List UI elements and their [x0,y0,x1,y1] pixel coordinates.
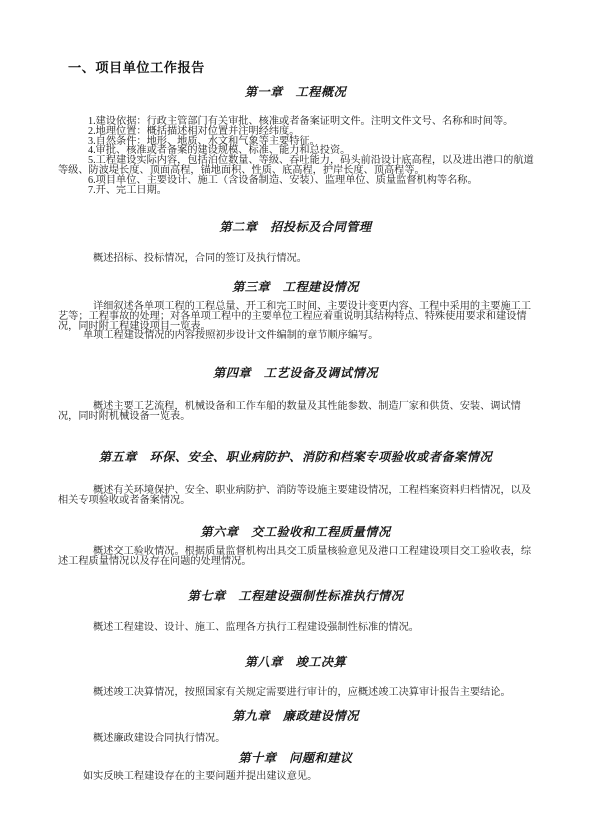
chapter-5-title: 第五章 环保、安全、职业病防护、消防和档案专项验收或者备案情况 [0,451,591,464]
chapter-2-paragraph: 概述招标、投标情况，合同的签订及执行情况。 [58,254,536,264]
chapter-1-title: 第一章 工程概况 [0,86,591,99]
chapter-10-title: 第十章 问题和建议 [0,752,591,765]
chapter-9-title: 第九章 廉政建设情况 [0,710,591,723]
chapter-7-title: 第七章 工程建设强制性标准执行情况 [0,590,591,603]
chapter-6-paragraph: 概述交工验收情况。根据质量监督机构出具交工质量核验意见及港口工程建设项目交工验收… [58,547,536,567]
document-heading: 一、项目单位工作报告 [68,60,205,75]
chapter-7-paragraph: 概述工程建设、设计、施工、监理各方执行工程建设强制性标准的情况。 [58,623,536,633]
document-page: 一、项目单位工作报告 第一章 工程概况 1.建设依据：行政主管部门有关审批、核准… [0,0,591,835]
chapter-5-paragraph: 概述有关环境保护、安全、职业病防护、消防等设施主要建设情况，工程档案资料归档情况… [58,486,536,506]
chapter-9-paragraph: 概述廉政建设合同执行情况。 [58,734,536,744]
chapter-8-title: 第八章 竣工决算 [0,656,591,669]
chapter-2-title: 第二章 招投标及合同管理 [0,221,591,234]
chapter-1-item-list: 1.建设依据：行政主管部门有关审批、核准或者备案证明文件。注明文件文号、名称和时… [58,117,536,195]
chapter-4-title: 第四章 工艺设备及调试情况 [0,367,591,380]
chapter-3-paragraph-1: 详细叙述各单项工程的工程总量、开工和完工时间、主要设计变更内容、工程中采用的主要… [58,302,536,331]
chapter-8-paragraph: 概述竣工决算情况，按照国家有关规定需要进行审计的，应概述竣工决算审计报告主要结论… [58,688,536,698]
chapter-4-paragraph: 概述主要工艺流程，机械设备和工作车船的数量及其性能参数、制造厂家和供货、安装、调… [58,402,536,422]
chapter-3-paragraph-2: 单项工程建设情况的内容按照初步设计文件编制的章节顺序编写。 [58,331,536,341]
chapter-10-paragraph: 如实反映工程建设存在的主要问题并提出建议意见。 [58,772,536,782]
chapter-1-item-5: 5.工程建设实际内容，包括泊位数量、等级、吞吐能力，码头前沿设计底高程，以及进出… [58,156,536,176]
chapter-3-title: 第三章 工程建设情况 [0,281,591,294]
chapter-6-title: 第六章 交工验收和工程质量情况 [0,526,591,539]
chapter-1-item-7: 7.开、完工日期。 [58,186,536,196]
